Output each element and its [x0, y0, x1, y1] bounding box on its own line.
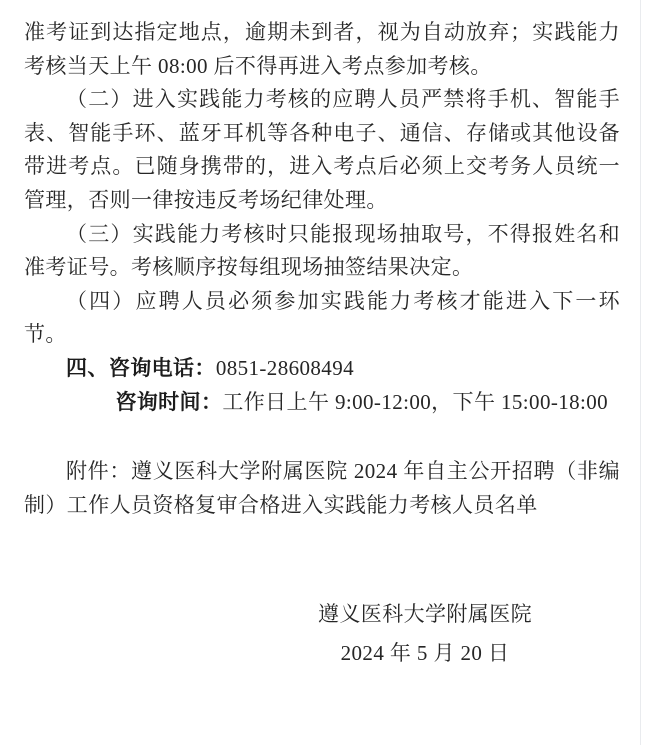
para-attachment-text: 附件：遵义医科大学附属医院 2024 年自主公开招聘（非编制）工作人员资格复审合…: [24, 459, 620, 517]
para-item-2-device-ban: （二）进入实践能力考核的应聘人员严禁将手机、智能手表、智能手环、蓝牙耳机等各种电…: [24, 83, 620, 217]
signature-block: 遵义医科大学附属医院 2024 年 5 月 20 日: [318, 598, 532, 670]
para-consult-phone-text: 0851-28608494: [216, 356, 354, 380]
para-item-4-must-attend-text: （四）应聘人员必须参加实践能力考核才能进入下一环节。: [24, 289, 620, 347]
document-page: 准考证到达指定地点，逾期未到者，视为自动放弃；实践能力考核当天上午 08:00 …: [0, 0, 646, 745]
para-admission-continuation: 准考证到达指定地点，逾期未到者，视为自动放弃；实践能力考核当天上午 08:00 …: [24, 16, 620, 83]
para-admission-continuation-text: 准考证到达指定地点，逾期未到者，视为自动放弃；实践能力考核当天上午 08:00 …: [24, 20, 620, 78]
para-consult-phone: 四、咨询电话：0851-28608494: [24, 352, 620, 386]
document-body: 准考证到达指定地点，逾期未到者，视为自动放弃；实践能力考核当天上午 08:00 …: [24, 16, 620, 522]
para-consult-time-label: 咨询时间：: [115, 390, 222, 414]
signature-issuer: 遵义医科大学附属医院: [318, 598, 532, 632]
para-item-3-draw-number-text: （三）实践能力考核时只能报现场抽取号，不得报姓名和准考证号。考核顺序按每组现场抽…: [24, 222, 620, 280]
para-consult-phone-label: 四、咨询电话：: [66, 356, 216, 380]
para-item-4-must-attend: （四）应聘人员必须参加实践能力考核才能进入下一环节。: [24, 285, 620, 352]
para-consult-time-text: 工作日上午 9:00-12:00，下午 15:00-18:00: [222, 390, 608, 414]
para-attachment: 附件：遵义医科大学附属医院 2024 年自主公开招聘（非编制）工作人员资格复审合…: [24, 455, 620, 522]
page-edge-line: [640, 0, 641, 745]
para-item-2-device-ban-text: （二）进入实践能力考核的应聘人员严禁将手机、智能手表、智能手环、蓝牙耳机等各种电…: [24, 87, 620, 212]
para-item-3-draw-number: （三）实践能力考核时只能报现场抽取号，不得报姓名和准考证号。考核顺序按每组现场抽…: [24, 218, 620, 285]
para-consult-time: 咨询时间：工作日上午 9:00-12:00，下午 15:00-18:00: [24, 386, 620, 420]
signature-date: 2024 年 5 月 20 日: [318, 637, 532, 671]
